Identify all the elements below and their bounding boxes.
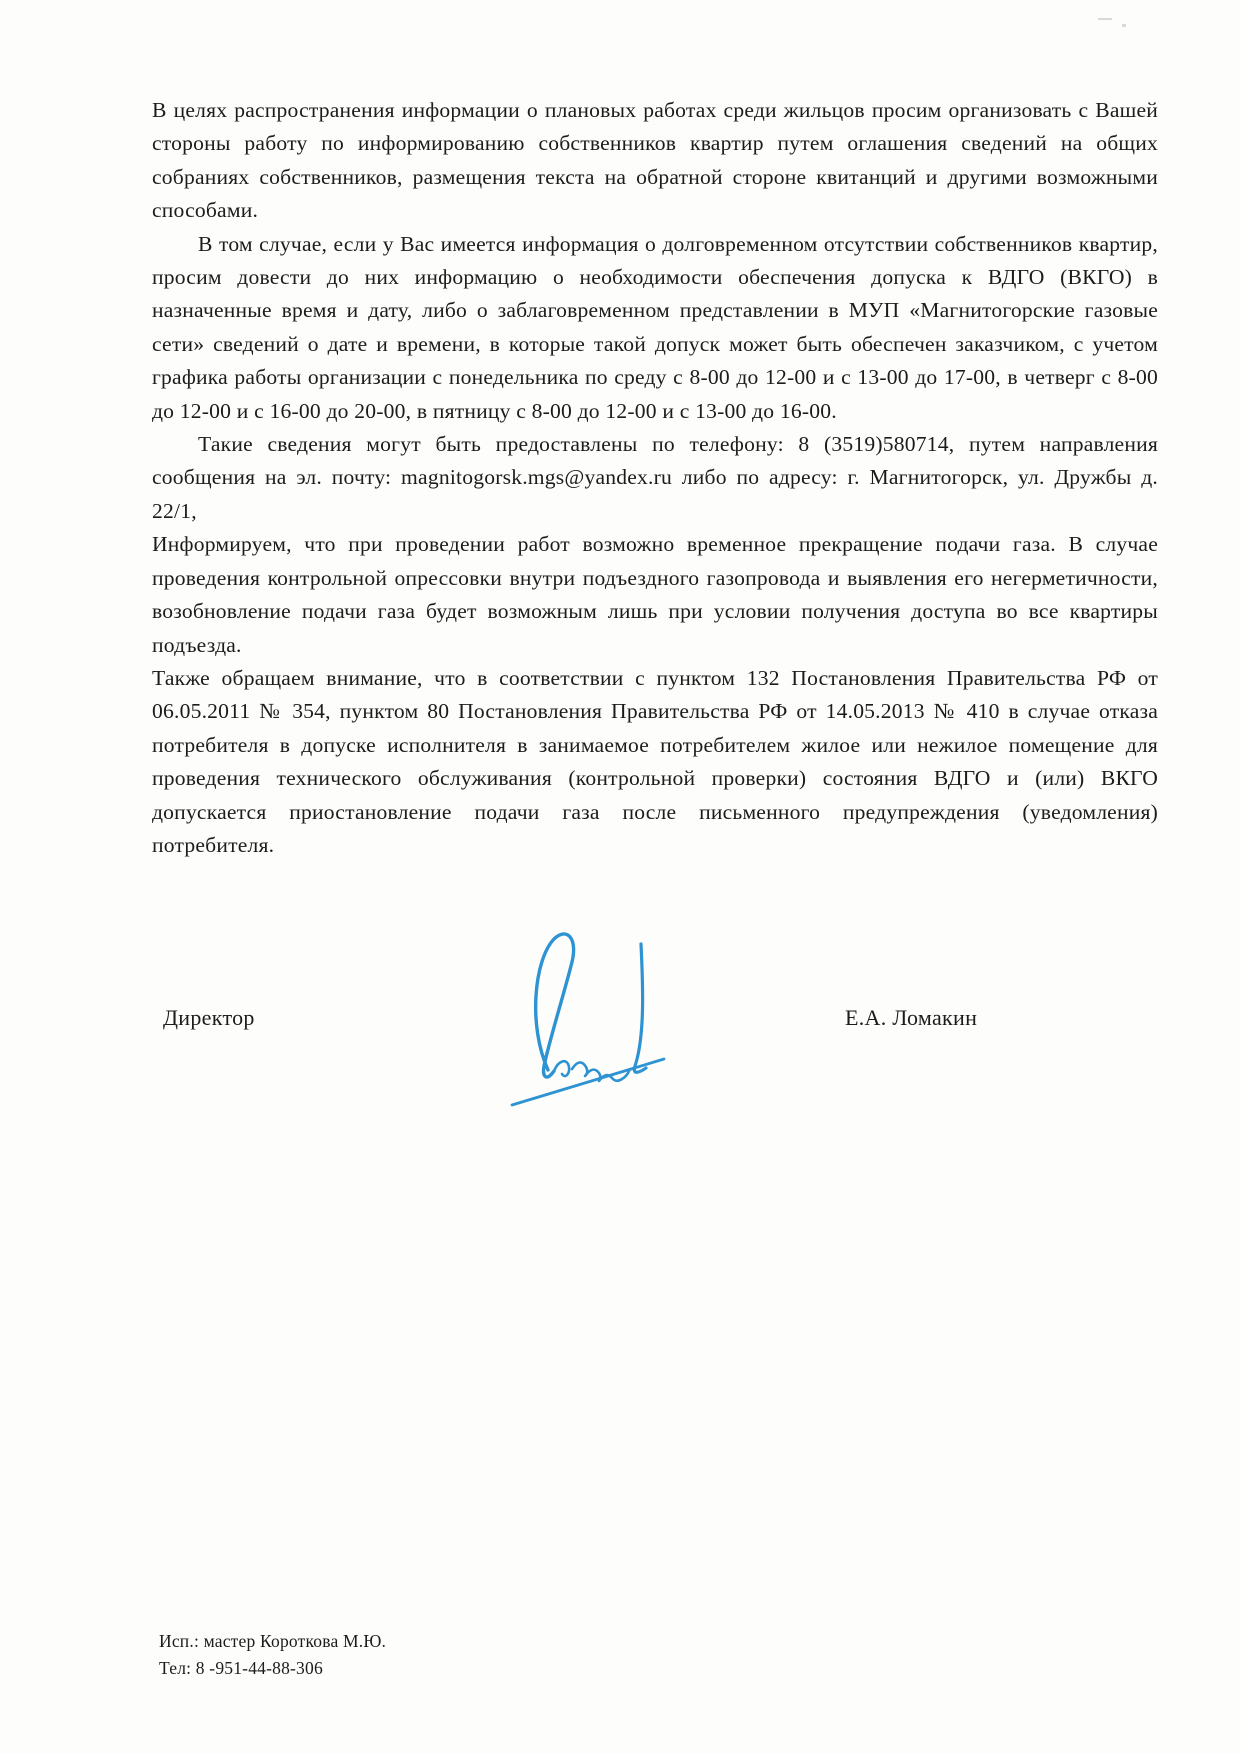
executor-footer: Исп.: мастер Короткова М.Ю. Тел: 8 -951-…: [159, 1628, 386, 1682]
paragraph-gas-supply-interruption: Информируем, что при проведении работ во…: [152, 528, 1158, 662]
executor-line: Исп.: мастер Короткова М.Ю.: [159, 1628, 386, 1655]
scan-artifact: [1122, 24, 1126, 27]
scan-artifact: [1098, 18, 1112, 20]
scanned-letter-page: В целях распространения информации о пла…: [0, 0, 1240, 1754]
paragraph-planned-works: В целях распространения информации о пла…: [152, 94, 1158, 228]
paragraph-legal-grounds: Также обращаем внимание, что в соответст…: [152, 662, 1158, 862]
handwritten-signature-icon: [492, 928, 682, 1118]
paragraph-absent-owners-schedule: В том случае, если у Вас имеется информа…: [152, 228, 1158, 428]
signer-role-label: Директор: [163, 1005, 255, 1031]
executor-phone-line: Тел: 8 -951-44-88-306: [159, 1655, 386, 1682]
paragraph-contact-info: Такие сведения могут быть предоставлены …: [152, 428, 1158, 528]
letter-body: В целях распространения информации о пла…: [152, 94, 1158, 862]
signer-name-label: Е.А. Ломакин: [845, 1005, 977, 1031]
